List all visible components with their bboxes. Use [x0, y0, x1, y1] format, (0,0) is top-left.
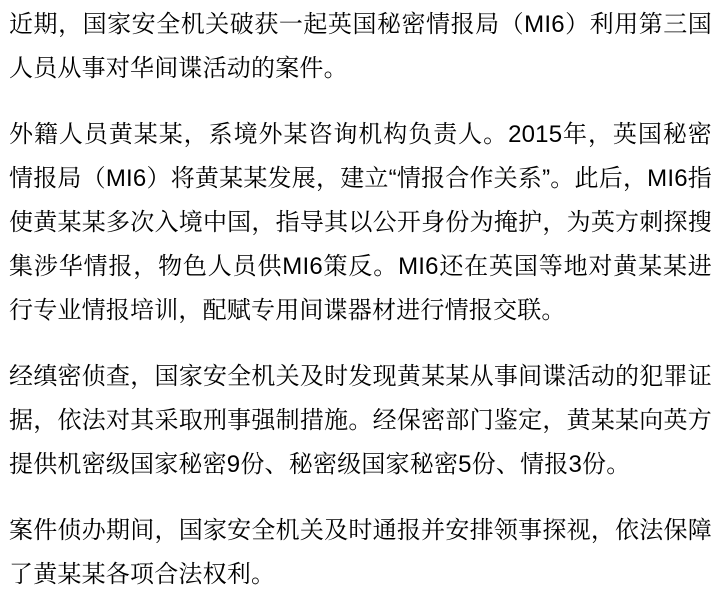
paragraph-investigation-findings: 经缜密侦查，国家安全机关及时发现黄某某从事间谍活动的犯罪证据，依法对其采取刑事强…: [9, 355, 712, 487]
paragraph-case-summary: 近期，国家安全机关破获一起英国秘密情报局（MI6）利用第三国人员从事对华间谍活动…: [9, 3, 712, 91]
article-body: 近期，国家安全机关破获一起英国秘密情报局（MI6）利用第三国人员从事对华间谍活动…: [0, 0, 720, 597]
paragraph-legal-rights: 案件侦办期间，国家安全机关及时通报并安排领事探视，依法保障了黄某某各项合法权利。: [9, 509, 712, 597]
paragraph-recruitment-details: 外籍人员黄某某，系境外某咨询机构负责人。2015年，英国秘密情报局（MI6）将黄…: [9, 113, 712, 333]
